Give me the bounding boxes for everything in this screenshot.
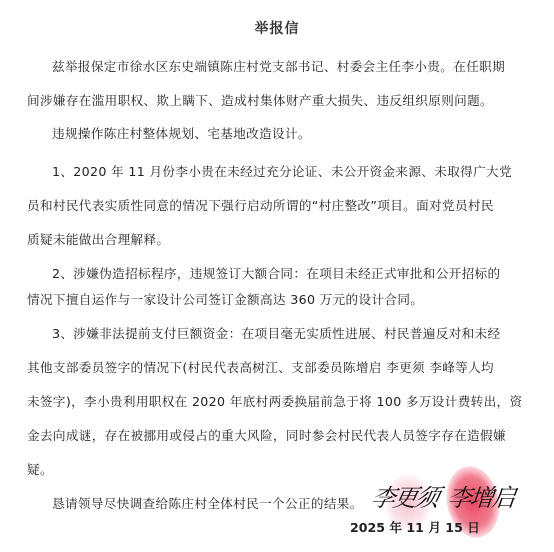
item-3-line-4: 金去向成谜，存在被挪用或侵占的重大风险，同时参会村民代表人员签字存在造假嫌 [27,425,506,444]
signature-1: 李更须 [368,478,441,513]
item-2-line-2: 情况下擅自运作与一家设计公司签订金额高达 360 万元的设计合同。 [27,289,423,308]
item-3-line-3: 未签字)，李小贵利用职权在 2020 年底村两委换届前急于将 100 多万设计费… [27,391,522,410]
item-1-line-1: 1、2020 年 11 月份李小贵在未经过充分论证、未公开资金来源、未取得广大党 [52,161,512,180]
closing-request: 恳请领导尽快调查给陈庄村全体村民一个公正的结果。 [52,493,363,512]
paragraph-intro-line-1: 兹举报保定市徐水区东史端镇陈庄村党支部书记、村委会主任李小贵。在任职期 [52,56,505,75]
letter-date: 2025 年 11 月 15 日 [350,517,480,536]
letter-title: 举报信 [0,18,554,38]
signature-2: 李增启 [446,478,516,513]
item-2-line-1: 2、涉嫌伪造招标程序，违规签订大额合同：在项目未经正式审批和公开招标的 [52,263,500,282]
item-1-line-3: 质疑未能做出合理解释。 [27,229,169,248]
item-3-line-2: 其他支部委员签字的情况下(村民代表高树江、支部委员陈增启 李更须 李峰等人均 [27,357,494,376]
item-3-line-1: 3、涉嫌非法提前支付巨额资金：在项目毫无实质性进展、村民普遍反对和未经 [52,323,500,342]
paragraph-summary: 违规操作陈庄村整体规划、宅基地改造设计。 [52,123,311,142]
item-3-line-5: 疑。 [27,459,53,478]
item-1-line-2: 员和村民代表实质性同意的情况下强行启动所谓的“村庄整改”项目。面对党员村民 [27,195,494,214]
paragraph-intro-line-2: 间涉嫌存在滥用职权、欺上瞒下、造成村集体财产重大损失、违反组织原则问题。 [27,90,493,109]
